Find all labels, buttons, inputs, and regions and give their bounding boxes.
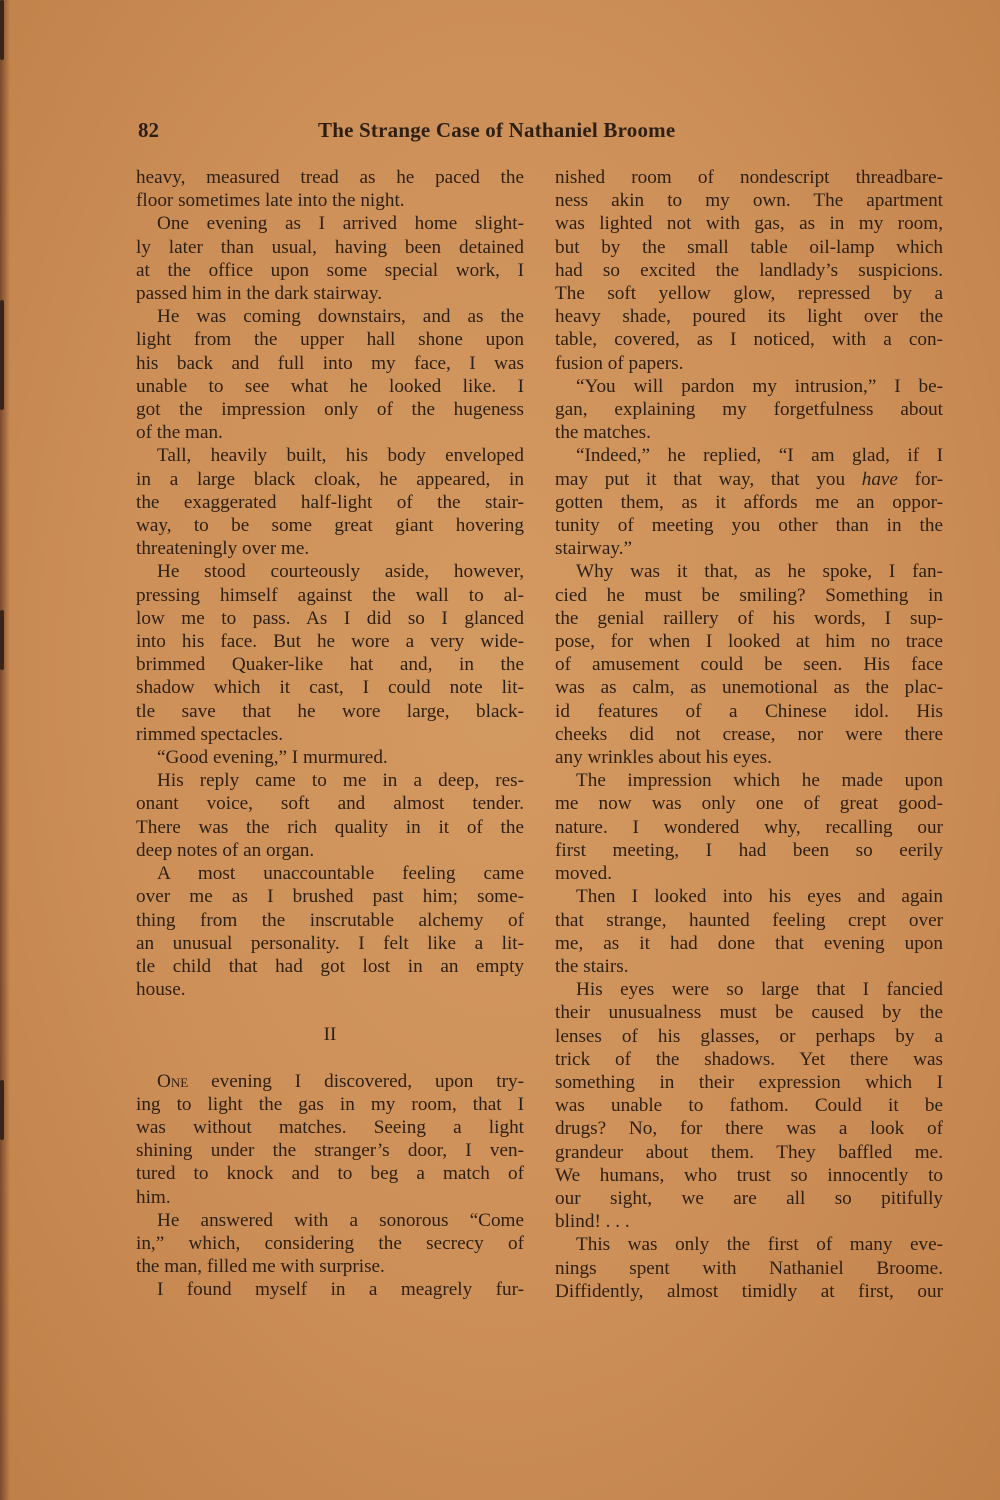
text-line: heavy shade, poured its light over the <box>555 305 943 328</box>
running-title: The Strange Case of Nathaniel Broome <box>318 118 675 143</box>
text-line: shining under the stranger’s door, I ven… <box>136 1139 524 1162</box>
text-line: light from the upper hall shone upon <box>136 328 524 351</box>
binding-mark <box>0 300 4 410</box>
paragraph: He was coming downstairs, and as theligh… <box>136 305 524 444</box>
text-line: heavy, measured tread as he paced the <box>136 166 524 189</box>
text-line: way, to be some great giant hovering <box>136 514 524 537</box>
smallcaps-opening: One <box>157 1071 188 1092</box>
text-line: was as calm, as unemotional as the plac- <box>555 676 943 699</box>
paragraph-continuation: ing to light the gas in my room, that Iw… <box>136 1093 524 1209</box>
text-line: something in their expression which I <box>555 1071 943 1094</box>
text-line: shadow which it cast, I could note lit- <box>136 676 524 699</box>
text-line: an unusual personality. I felt like a li… <box>136 932 524 955</box>
paragraph-section-opening: One evening I discovered, upon try- ing … <box>136 1070 524 1209</box>
text-line: the exaggerated half-light of the stair- <box>136 491 524 514</box>
text-line: id features of a Chinese idol. His <box>555 700 943 723</box>
text-line: me now was only one of great good- <box>555 792 943 815</box>
text-line: table, covered, as I noticed, with a con… <box>555 328 943 351</box>
text-line: A most unaccountable feeling came <box>136 862 524 885</box>
text-line: thing from the inscrutable alchemy of <box>136 909 524 932</box>
text-line: brimmed Quaker-like hat and, in the <box>136 653 524 676</box>
text-line: deep notes of an organ. <box>136 839 524 862</box>
text-line: “You will pardon my intrusion,” I be- <box>555 375 943 398</box>
text-line: cied he must be smiling? Something in <box>555 584 943 607</box>
text-line: tle child that had got lost in an empty <box>136 955 524 978</box>
text-line: into his face. But he wore a very wide- <box>136 630 524 653</box>
right-column: nished room of nondescript threadbare-ne… <box>555 166 943 1303</box>
text-line: There was the rich quality in it of the <box>136 816 524 839</box>
paragraph: Then I looked into his eyes and againtha… <box>555 885 943 978</box>
paragraph: A most unaccountable feeling cameover me… <box>136 862 524 1001</box>
text-line: but by the small table oil-lamp which <box>555 236 943 259</box>
text-line: him. <box>136 1186 524 1209</box>
page-number: 82 <box>138 118 159 143</box>
paragraph: He stood courteously aside, however,pres… <box>136 560 524 746</box>
text-line: tured to knock and to beg a match of <box>136 1162 524 1185</box>
text-line: had so excited the landlady’s suspicions… <box>555 259 943 282</box>
text-line: at the office upon some special work, I <box>136 259 524 282</box>
text-line: of amusement could be seen. His face <box>555 653 943 676</box>
text-line: stairway.” <box>555 537 943 560</box>
text-line: His reply came to me in a deep, res- <box>136 769 524 792</box>
text-line: was without matches. Seeing a light <box>136 1116 524 1139</box>
text-line: that strange, haunted feeling crept over <box>555 909 943 932</box>
text-line: their unusualness must be caused by the <box>555 1001 943 1024</box>
text-line: I found myself in a meagrely fur- <box>136 1278 524 1301</box>
text-line: low me to pass. As I did so I glanced <box>136 607 524 630</box>
paragraph: He answered with a sonorous “Comein,” wh… <box>136 1209 524 1279</box>
text-line: first meeting, I had been so eerily <box>555 839 943 862</box>
text-line: fusion of papers. <box>555 352 943 375</box>
text-line: This was only the first of many eve- <box>555 1233 943 1256</box>
text-line: The impression which he made upon <box>555 769 943 792</box>
text-line: was unable to fathom. Could it be <box>555 1094 943 1117</box>
text-line: pose, for when I looked at him no trace <box>555 630 943 653</box>
text-line: ing to light the gas in my room, that I <box>136 1093 524 1116</box>
text-line: moved. <box>555 862 943 885</box>
paragraph: This was only the first of many eve-ning… <box>555 1233 943 1303</box>
running-head: 82 The Strange Case of Nathaniel Broome <box>138 118 838 148</box>
text-line: passed him in the dark stairway. <box>136 282 524 305</box>
emphasis: have <box>862 469 898 490</box>
text-line: was lighted not with gas, as in my room, <box>555 212 943 235</box>
text-line: tunity of meeting you other than in the <box>555 514 943 537</box>
text-line: blind! . . . <box>555 1210 943 1233</box>
text-line: over me as I brushed past him; some- <box>136 885 524 908</box>
text-line: gan, explaining my forgetfulness about <box>555 398 943 421</box>
text-line: ly later than usual, having been detaine… <box>136 236 524 259</box>
text-line: threateningly over me. <box>136 537 524 560</box>
text-line: He answered with a sonorous “Come <box>136 1209 524 1232</box>
text-line: Diffidently, almost timidly at first, ou… <box>555 1280 943 1303</box>
text-line: the man, filled me with surprise. <box>136 1255 524 1278</box>
text-line: his back and full into my face, I was <box>136 352 524 375</box>
text-line: of the man. <box>136 421 524 444</box>
binding-mark <box>0 0 4 60</box>
paragraph-continuation: gotten them, as it affords me an oppor-t… <box>555 491 943 561</box>
text-line: unable to see what he looked like. I <box>136 375 524 398</box>
text-line: the genial raillery of his words, I sup- <box>555 607 943 630</box>
text-line: house. <box>136 978 524 1001</box>
binding-mark <box>0 1080 4 1140</box>
text-line: gotten them, as it affords me an oppor- <box>555 491 943 514</box>
text-line: the matches. <box>555 421 943 444</box>
text-line: His eyes were so large that I fancied <box>555 978 943 1001</box>
text-line: trick of the shadows. Yet there was <box>555 1048 943 1071</box>
text-line: Why was it that, as he spoke, I fan- <box>555 560 943 583</box>
text-line: ness akin to my own. The apartment <box>555 189 943 212</box>
paragraph: His reply came to me in a deep, res-onan… <box>136 769 524 862</box>
text-line: rimmed spectacles. <box>136 723 524 746</box>
text-line: our sight, we are all so pitifully <box>555 1187 943 1210</box>
text-line: pressing himself against the wall to al- <box>136 584 524 607</box>
section-heading: II <box>136 1023 524 1046</box>
text-line: cheeks did not crease, nor were there <box>555 723 943 746</box>
text-line: tle save that he wore large, black- <box>136 700 524 723</box>
paragraph: “You will pardon my intrusion,” I be-gan… <box>555 375 943 445</box>
text-line: grandeur about them. They baffled me. <box>555 1141 943 1164</box>
text-line: Then I looked into his eyes and again <box>555 885 943 908</box>
text-line: He stood courteously aside, however, <box>136 560 524 583</box>
text-line: any wrinkles about his eyes. <box>555 746 943 769</box>
text-line: onant voice, soft and almost tender. <box>136 792 524 815</box>
paragraph: The impression which he made uponme now … <box>555 769 943 885</box>
text-line: in,” which, considering the secrecy of <box>136 1232 524 1255</box>
text-line: got the impression only of the hugeness <box>136 398 524 421</box>
text-line: the stairs. <box>555 955 943 978</box>
paragraph: heavy, measured tread as he paced theflo… <box>136 166 524 212</box>
paragraph: Tall, heavily built, his body envelopedi… <box>136 444 524 560</box>
paragraph: One evening as I arrived home slight-ly … <box>136 212 524 305</box>
paragraph: nished room of nondescript threadbare-ne… <box>555 166 943 375</box>
text-line: One evening I discovered, upon try- <box>136 1070 524 1093</box>
page-left-edge-shadow <box>0 0 10 1500</box>
text-line: The soft yellow glow, repressed by a <box>555 282 943 305</box>
text-line: drugs? No, for there was a look of <box>555 1117 943 1140</box>
text-line: “Indeed,” he replied, “I am glad, if I <box>555 444 943 467</box>
text-line: One evening as I arrived home slight- <box>136 212 524 235</box>
text-line: may put it that way, that you have for- <box>555 468 943 491</box>
paragraph: Why was it that, as he spoke, I fan-cied… <box>555 560 943 769</box>
text-line: nature. I wondered why, recalling our <box>555 816 943 839</box>
paragraph: His eyes were so large that I fanciedthe… <box>555 978 943 1233</box>
text-line: in a large black cloak, he appeared, in <box>136 468 524 491</box>
text-line: me, as it had done that evening upon <box>555 932 943 955</box>
text-line: He was coming downstairs, and as the <box>136 305 524 328</box>
text-line: nished room of nondescript threadbare- <box>555 166 943 189</box>
paragraph-with-emphasis: “Indeed,” he replied, “I am glad, if I m… <box>555 444 943 560</box>
paragraph: I found myself in a meagrely fur- <box>136 1278 524 1301</box>
paragraph: “Good evening,” I murmured. <box>136 746 524 769</box>
text-line: nings spent with Nathaniel Broome. <box>555 1257 943 1280</box>
text-line: lenses of his glasses, or perhaps by a <box>555 1025 943 1048</box>
text-line: Tall, heavily built, his body enveloped <box>136 444 524 467</box>
left-column: heavy, measured tread as he paced theflo… <box>136 166 524 1302</box>
text-line: We humans, who trust so innocently to <box>555 1164 943 1187</box>
text-line: floor sometimes late into the night. <box>136 189 524 212</box>
binding-mark <box>0 610 4 670</box>
text-line: “Good evening,” I murmured. <box>136 746 524 769</box>
